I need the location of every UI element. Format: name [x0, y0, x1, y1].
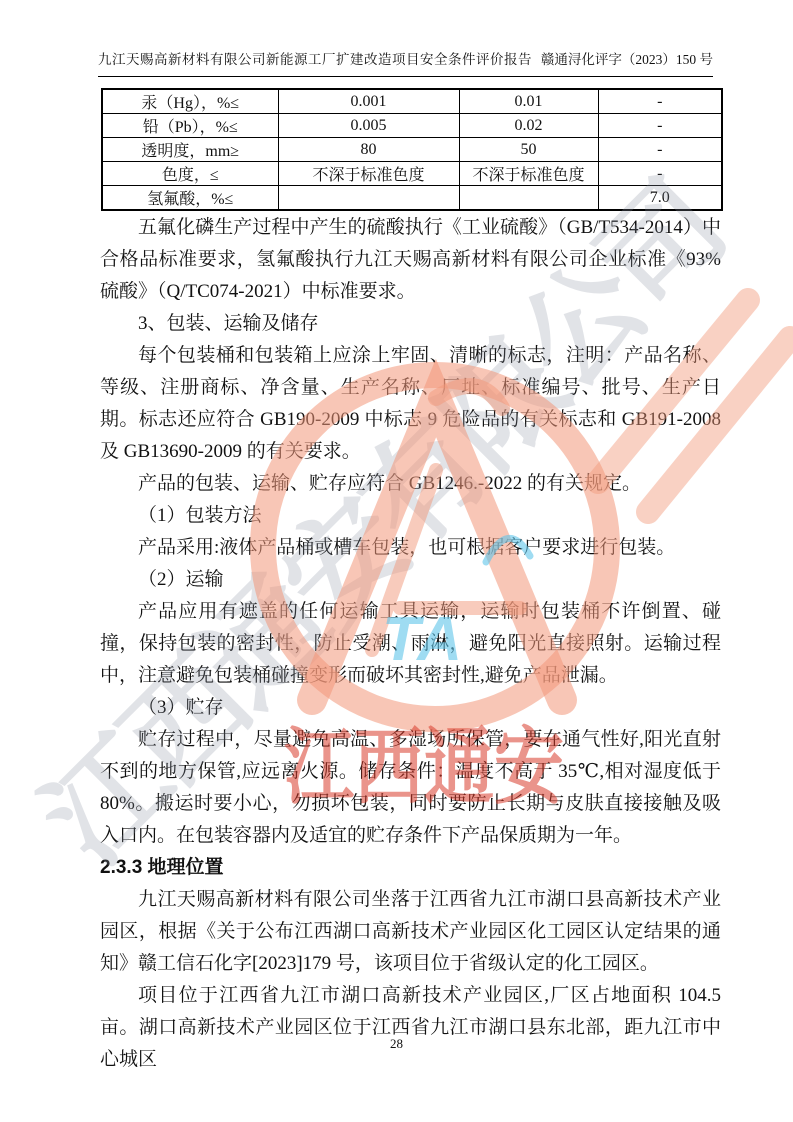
paragraph: 3、包装、运输及储存 — [100, 308, 721, 340]
document-page: 九江天赐高新材料有限公司新能源工厂扩建改造项目安全条件评价报告 赣通浔化评字（2… — [0, 0, 793, 1122]
table-cell: 7.0 — [598, 186, 722, 211]
table-cell: 0.01 — [459, 89, 598, 114]
header-document-number: 赣通浔化评字（2023）150 号 — [541, 50, 713, 70]
table-cell — [278, 186, 459, 211]
paragraph: 项目位于江西省九江市湖口高新技术产业园区,厂区占地面积 104.5 亩。湖口高新… — [100, 980, 721, 1076]
page-header: 九江天赐高新材料有限公司新能源工厂扩建改造项目安全条件评价报告 赣通浔化评字（2… — [98, 50, 713, 77]
paragraph: 九江天赐高新材料有限公司坐落于江西省九江市湖口县高新技术产业园区，根据《关于公布… — [100, 884, 721, 980]
table-cell: - — [598, 138, 722, 162]
table-cell: 0.005 — [278, 114, 459, 138]
content: 五氟化磷生产过程中产生的硫酸执行《工业硫酸》（GB/T534-2014）中合格品… — [100, 212, 721, 1076]
table-cell: 0.02 — [459, 114, 598, 138]
table-cell: 汞（Hg），%≤ — [102, 89, 278, 114]
paragraph: 贮存过程中，尽量避免高温、多湿场所保管，要在通气性好,阳光直射不到的地方保管,应… — [100, 724, 721, 852]
paragraph: （1）包装方法 — [100, 500, 721, 532]
table-cell — [459, 186, 598, 211]
paragraph: 五氟化磷生产过程中产生的硫酸执行《工业硫酸》（GB/T534-2014）中合格品… — [100, 212, 721, 308]
table-row: 氢氟酸，%≤7.0 — [102, 186, 722, 211]
table-cell: - — [598, 162, 722, 186]
header-report-title: 九江天赐高新材料有限公司新能源工厂扩建改造项目安全条件评价报告 — [98, 50, 532, 70]
table-cell: 氢氟酸，%≤ — [102, 186, 278, 211]
section-heading: 2.3.3 地理位置 — [100, 852, 721, 884]
table-row: 铅（Pb），%≤0.0050.02- — [102, 114, 722, 138]
table-cell: 铅（Pb），%≤ — [102, 114, 278, 138]
table-cell: 不深于标准色度 — [278, 162, 459, 186]
paragraph: （3）贮存 — [100, 692, 721, 724]
paragraph: （2）运输 — [100, 564, 721, 596]
table-cell: 50 — [459, 138, 598, 162]
table-cell: 80 — [278, 138, 459, 162]
table-row: 色度，≤不深于标准色度不深于标准色度- — [102, 162, 722, 186]
table-cell: - — [598, 89, 722, 114]
table-cell: 色度，≤ — [102, 162, 278, 186]
table-cell: 0.001 — [278, 89, 459, 114]
table-cell: 透明度，mm≥ — [102, 138, 278, 162]
table-cell: - — [598, 114, 722, 138]
table-row: 透明度，mm≥8050- — [102, 138, 722, 162]
paragraph: 产品的包装、运输、贮存应符合 GB1246.-2022 的有关规定。 — [100, 468, 721, 500]
paragraph: 产品采用:液体产品桶或槽车包装，也可根据客户要求进行包装。 — [100, 532, 721, 564]
spec-table: 汞（Hg），%≤0.0010.01-铅（Pb），%≤0.0050.02-透明度，… — [101, 88, 723, 211]
paragraph: 产品应用有遮盖的任何运输工具运输，运输时包装桶不许倒置、碰撞，保持包装的密封性，… — [100, 596, 721, 692]
table-cell: 不深于标准色度 — [459, 162, 598, 186]
table-row: 汞（Hg），%≤0.0010.01- — [102, 89, 722, 114]
paragraph: 每个包装桶和包装箱上应涂上牢固、清晰的标志，注明：产品名称、等级、注册商标、净含… — [100, 340, 721, 468]
spec-table-body: 汞（Hg），%≤0.0010.01-铅（Pb），%≤0.0050.02-透明度，… — [102, 89, 722, 210]
